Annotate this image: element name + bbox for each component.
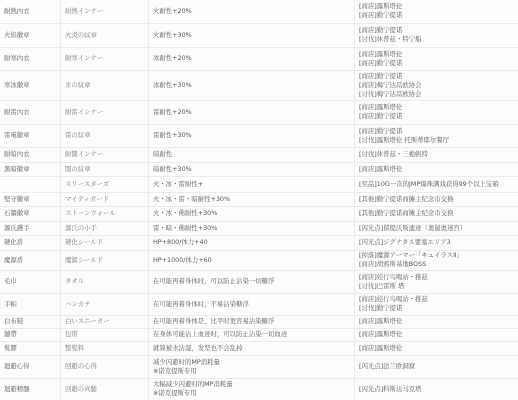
- item-jp-name-cell-text: 耐寒インナー: [65, 54, 103, 62]
- item-source-cell: [闪光点]留提沃斯遗迹（奥鼠奥迷宫）: [355, 221, 518, 235]
- item-effect-cell-line: 在可能再着身体是，比平时更容易沾染糖浮: [153, 317, 354, 326]
- item-effect-cell-line: HP+800/体力+40: [153, 238, 354, 247]
- item-jp-name-cell-text: 回避の心得: [65, 362, 97, 370]
- item-source-cell: [商店]露斯塔伦: [355, 328, 518, 341]
- item-effect-cell: 暗耐性+30%: [149, 162, 355, 176]
- item-source-cell-line: [讨伐]勤宁提诺: [359, 304, 518, 313]
- item-effect-cell: HP+800/体力+40: [149, 235, 355, 250]
- item-effect-cell: 火・冰・佛耐性+30%: [149, 206, 355, 221]
- item-effect-cell-line: 冰耐性+20%: [153, 54, 354, 63]
- item-effect-cell: 火・冰・雷耐性+: [149, 176, 355, 192]
- item-source-cell: [商店]露斯塔伦: [355, 341, 518, 355]
- item-jp-name-cell: 雷の紋章: [61, 124, 149, 147]
- item-name-cell-text: 硬化盾: [4, 238, 23, 246]
- item-effect-cell: 火耐性+30%: [149, 23, 355, 47]
- item-jp-name-cell-text: ハンカチ: [65, 300, 91, 308]
- item-jp-name-cell: タオル: [61, 270, 149, 293]
- item-jp-name-cell-text: 氷の紋章: [65, 81, 91, 89]
- item-effect-cell-line: 雷耐性+30%: [153, 131, 354, 140]
- item-jp-name-cell-text: スリースターズ: [65, 180, 109, 188]
- table-row: 毛巾タオル在可能再着身体时，可以防止沾染一切糖浮[商店]娃行鸟喝站・推兹[讨伐]…: [0, 270, 518, 293]
- item-source-cell-line: [讨伐]休普兹・三桅帆特: [359, 150, 518, 159]
- item-name-cell: 白布鞋: [0, 315, 61, 328]
- item-name-cell-text: 石牆徽章: [4, 209, 30, 217]
- item-effect-cell-line: 就算被水沾湿，发型也不会乱掉: [153, 344, 354, 353]
- item-source-cell-line: [闪光点]法兰欧洞窟: [359, 362, 518, 371]
- item-jp-name-cell: マイティガード: [61, 192, 149, 206]
- item-jp-name-cell-text: タオル: [65, 277, 84, 285]
- item-source-cell: [奖品]10G一次的JMP爆珠满戏获得99个以上宝箱: [355, 176, 518, 192]
- table-row: 耐寒內衣耐寒インナー冰耐性+20%[商店]露斯塔伦[商店]勤宁提诺: [0, 47, 518, 70]
- item-source-cell-line: [商店]露斯塔伦: [359, 344, 518, 353]
- item-source-cell-line: [商店]勤宁提诺: [359, 72, 518, 81]
- item-source-cell: [讨伐]休普兹・三桅帆特: [355, 147, 518, 162]
- item-source-cell-line: [闪光点]ジグナタス要塞エリア3: [359, 238, 518, 247]
- item-name-cell: 迴避心得: [0, 355, 61, 378]
- table-row: 黑暗徽章闇の紋章暗耐性+30%[商店]露斯塔伦: [0, 162, 518, 176]
- item-name-cell-text: 迴避精髓: [4, 385, 30, 393]
- item-name-cell: 耐暗內衣: [0, 147, 61, 162]
- item-source-cell-line: [商店]露斯塔伦: [359, 165, 518, 174]
- item-source-cell: [商店]勤宁提诺[商店]梅宁达鬲欧协会[讨伐]梅宁达鬲欧协会: [355, 70, 518, 100]
- item-effect-cell-line: 减少闪避时的MP消耗量: [153, 358, 354, 367]
- item-name-cell-text: 迴避心得: [4, 362, 30, 370]
- table-row: 迴避心得回避の心得减少闪避时的MP消耗量※诺克提斯专用[闪光点]法兰欧洞窟: [0, 355, 518, 378]
- item-source-cell-line: [商店]勤宁提诺: [359, 11, 518, 20]
- item-effect-cell: 就算被水沾湿，发型也不会乱掉: [149, 341, 355, 355]
- table-row: 石牆徽章ストーンウォール火・冰・佛耐性+30%[其他]勤宁提诺商摊主纪念币交换: [0, 206, 518, 221]
- item-name-cell: 硬化盾: [0, 235, 61, 250]
- item-source-cell-line: [其他]勤宁提诺商摊主纪念币交换: [359, 209, 518, 218]
- item-source-cell: [商店]娃行鸟喝站・推兹[讨伐]勤宁提诺: [355, 293, 518, 315]
- table-row: 硬化盾硬化シールドHP+800/体力+40[闪光点]ジグナタス要塞エリア3: [0, 235, 518, 250]
- item-name-cell-text: 魔源盾: [4, 256, 23, 264]
- item-effect-cell: 火耐性+20%: [149, 0, 355, 23]
- item-jp-name-cell-text: 回避の真髄: [65, 385, 97, 393]
- item-effect-cell: 雷耐性+30%: [149, 124, 355, 147]
- item-source-cell-line: [讨伐]梅宁达鬲欧协会: [359, 90, 518, 99]
- item-jp-name-cell: 源氏の小手: [61, 221, 149, 235]
- item-name-cell: 黑暗徽章: [0, 162, 61, 176]
- item-jp-name-cell: 耐雷インナー: [61, 100, 149, 124]
- item-effect-cell-line: ※诺克提斯专用: [153, 389, 354, 398]
- item-effect-cell: 冰耐性+20%: [149, 47, 355, 70]
- item-source-cell: [商店]露斯塔伦[商店]勤宁提诺: [355, 47, 518, 70]
- item-source-cell-line: [商店]胡鸦斯基地BOSS: [359, 260, 518, 269]
- item-name-cell: 耐雷內衣: [0, 100, 61, 124]
- item-jp-name-cell: 氷の紋章: [61, 70, 149, 100]
- item-effect-cell: 减少闪避时的MP消耗量※诺克提斯专用: [149, 355, 355, 378]
- item-jp-name-cell: 闇の紋章: [61, 162, 149, 176]
- item-source-cell: [其他]勤宁提诺商摊主纪念币交换: [355, 192, 518, 206]
- item-jp-name-cell-text: ストーンウォール: [65, 209, 116, 217]
- table-row: 耐暗內衣耐闇インナー暗耐性[讨伐]休普兹・三桅帆特: [0, 147, 518, 162]
- item-source-cell: [其他]勤宁提诺商摊主纪念币交换: [355, 206, 518, 221]
- item-source-cell-line: [商店]露斯塔伦: [359, 330, 518, 339]
- item-name-cell: 火焰徽章: [0, 23, 61, 47]
- item-source-cell-line: [闪光点]留提沃斯遗迹（奥鼠奥迷宫）: [359, 224, 518, 233]
- table-row: 迴避精髓回避の真髄大幅减少闪避时的MP消耗量※诺克提斯专用[闪光点]科斯达马克塔: [0, 378, 518, 400]
- item-name-cell: 髮膠: [0, 341, 61, 355]
- item-effect-cell: 火・冰・雷・暗耐性+30%: [149, 192, 355, 206]
- item-jp-name-cell: 整髪料: [61, 341, 149, 355]
- item-effect-cell: 在身体可能沾上血迹时，可以防止沾染一切血迹: [149, 328, 355, 341]
- item-source-cell: [商店]露斯塔伦: [355, 162, 518, 176]
- item-name-cell-text: 耐寒內衣: [4, 54, 30, 62]
- item-effect-cell: 在可能再着身体是，比平时更容易沾染糖浮: [149, 315, 355, 328]
- item-source-cell-line: [其他]勤宁提诺商摊主纪念币交换: [359, 195, 518, 204]
- item-jp-name-cell-text: 耐熱インナー: [65, 7, 103, 15]
- item-jp-name-cell-text: 闇の紋章: [65, 165, 91, 173]
- item-jp-name-cell-text: 包帯: [65, 330, 78, 338]
- item-source-cell-line: [商店]勤宁提诺: [359, 26, 518, 35]
- item-jp-name-cell: ストーンウォール: [61, 206, 149, 221]
- item-name-cell-text: 寒冰徽章: [4, 81, 30, 89]
- table-row: 魔源盾魔源シールドHP+1000/体力+60[掉落]魔源アーマー「キュイラスⅡ」…: [0, 250, 518, 270]
- table-row: 雷電徽章雷の紋章雷耐性+30%[商店]勤宁提诺[讨伐]露斯塔伦 托斯蒂耶尔餐厅: [0, 124, 518, 147]
- item-jp-name-cell: 硬化シールド: [61, 235, 149, 250]
- item-jp-name-cell: ハンカチ: [61, 293, 149, 315]
- item-jp-name-cell-text: 耐雷インナー: [65, 108, 103, 116]
- item-effect-cell-line: 雷・暗・佛耐性+30%: [153, 224, 354, 233]
- table-row: 源氏護手源氏の小手雷・暗・佛耐性+30%[闪光点]留提沃斯遗迹（奥鼠奥迷宫）: [0, 221, 518, 235]
- item-source-cell-line: [讨伐]休普兹・特宁船: [359, 35, 518, 44]
- table-row: 手帕ハンカチ在可能再着身体时，不易沾染糖浮[商店]娃行鸟喝站・推兹[讨伐]勤宁提…: [0, 293, 518, 315]
- item-source-cell-line: [商店]勤宁提诺: [359, 59, 518, 68]
- item-name-cell-text: 耐熱內衣: [4, 7, 30, 15]
- item-jp-name-cell: 耐寒インナー: [61, 47, 149, 70]
- item-name-cell-text: 毛巾: [4, 277, 17, 285]
- item-source-cell: [闪光点]ジグナタス要塞エリア3: [355, 235, 518, 250]
- item-effect-cell-line: ※诺克提斯专用: [153, 367, 354, 376]
- item-jp-name-cell: 回避の心得: [61, 355, 149, 378]
- item-name-cell: 毛巾: [0, 270, 61, 293]
- item-effect-cell-line: 在可能再着身体时，不易沾染糖浮: [153, 300, 354, 309]
- item-source-cell-line: [闪光点]科斯达马克塔: [359, 385, 518, 394]
- item-effect-cell: 在可能再着身体时，可以防止沾染一切糖浮: [149, 270, 355, 293]
- item-jp-name-cell: 耐熱インナー: [61, 0, 149, 23]
- item-name-cell: 迴避精髓: [0, 378, 61, 400]
- item-name-cell: 雷電徽章: [0, 124, 61, 147]
- equipment-table: 耐熱內衣耐熱インナー火耐性+20%[商店]露斯塔伦[商店]勤宁提诺火焰徽章火炎の…: [0, 0, 518, 400]
- item-source-cell-line: [商店]勤宁提诺: [359, 112, 518, 121]
- item-effect-cell: 在可能再着身体时，不易沾染糖浮: [149, 293, 355, 315]
- item-source-cell-line: [掉落]魔源アーマー「キュイラスⅡ」: [359, 251, 518, 260]
- item-source-cell-line: [讨伐]巴雷斯 塔: [359, 282, 518, 291]
- item-source-cell-line: [商店]露斯塔伦: [359, 2, 518, 11]
- item-effect-cell: 大幅减少闪避时的MP消耗量※诺克提斯专用: [149, 378, 355, 400]
- item-effect-cell-line: 暗耐性+30%: [153, 165, 354, 174]
- item-effect-cell: 暗耐性: [149, 147, 355, 162]
- item-source-cell: [商店]露斯塔伦: [355, 315, 518, 328]
- item-jp-name-cell: スリースターズ: [61, 176, 149, 192]
- item-source-cell: [掉落]魔源アーマー「キュイラスⅡ」[商店]胡鸦斯基地BOSS: [355, 250, 518, 270]
- item-effect-cell: 雷・暗・佛耐性+30%: [149, 221, 355, 235]
- item-name-cell: 耐熱內衣: [0, 0, 61, 23]
- item-name-cell-text: 耐雷內衣: [4, 108, 30, 116]
- item-name-cell: 繃帶: [0, 328, 61, 341]
- item-effect-cell-line: 冰耐性+30%: [153, 81, 354, 90]
- item-source-cell-line: [商店]露斯塔伦: [359, 50, 518, 59]
- item-source-cell-line: [奖品]10G一次的JMP爆珠满戏获得99个以上宝箱: [359, 180, 518, 189]
- item-effect-cell-line: 雷耐性+20%: [153, 108, 354, 117]
- item-effect-cell-line: 火・冰・佛耐性+30%: [153, 209, 354, 218]
- item-source-cell-line: [商店]露斯塔伦: [359, 317, 518, 326]
- item-name-cell-text: 繃帶: [4, 330, 17, 338]
- item-effect-cell-line: 在可能再着身体时，可以防止沾染一切糖浮: [153, 277, 354, 286]
- item-name-cell: [0, 176, 61, 192]
- item-source-cell: [商店]勤宁提诺[讨伐]露斯塔伦 托斯蒂耶尔餐厅: [355, 124, 518, 147]
- item-effect-cell-line: 火・冰・雷耐性+: [153, 180, 354, 189]
- item-jp-name-cell: 回避の真髄: [61, 378, 149, 400]
- item-source-cell: [商店]露斯塔伦[商店]勤宁提诺: [355, 0, 518, 23]
- item-effect-cell-line: 在身体可能沾上血迹时，可以防止沾染一切血迹: [153, 330, 354, 339]
- item-name-cell-text: 雷電徽章: [4, 131, 30, 139]
- item-effect-cell-line: 火耐性+20%: [153, 7, 354, 16]
- item-name-cell-text: 黑暗徽章: [4, 165, 30, 173]
- table-row: 耐熱內衣耐熱インナー火耐性+20%[商店]露斯塔伦[商店]勤宁提诺: [0, 0, 518, 23]
- table-row: 髮膠整髪料就算被水沾湿，发型也不会乱掉[商店]露斯塔伦: [0, 341, 518, 355]
- item-effect-cell-line: 暗耐性: [153, 150, 354, 159]
- table-row: 耐雷內衣耐雷インナー雷耐性+20%[商店]露斯塔伦[商店]勤宁提诺: [0, 100, 518, 124]
- item-source-cell: [闪光点]法兰欧洞窟: [355, 355, 518, 378]
- item-jp-name-cell-text: 整髪料: [65, 344, 84, 352]
- item-jp-name-cell-text: 硬化シールド: [65, 238, 103, 246]
- item-jp-name-cell: 包帯: [61, 328, 149, 341]
- item-name-cell-text: 源氏護手: [4, 224, 30, 232]
- item-name-cell-text: 耐暗內衣: [4, 150, 30, 158]
- item-jp-name-cell-text: マイティガード: [65, 195, 109, 203]
- item-effect-cell-line: 火・冰・雷・暗耐性+30%: [153, 195, 354, 204]
- item-name-cell: 魔源盾: [0, 250, 61, 270]
- item-jp-name-cell: 火炎の紋章: [61, 23, 149, 47]
- item-effect-cell-line: 大幅减少闪避时的MP消耗量: [153, 380, 354, 389]
- item-name-cell: 石牆徽章: [0, 206, 61, 221]
- item-source-cell-line: [商店]娃行鸟喝站・推兹: [359, 295, 518, 304]
- item-jp-name-cell-text: 魔源シールド: [65, 256, 103, 264]
- item-jp-name-cell: 魔源シールド: [61, 250, 149, 270]
- item-name-cell: 耐寒內衣: [0, 47, 61, 70]
- item-jp-name-cell: 白いスニーカー: [61, 315, 149, 328]
- item-source-cell-line: [商店]娃行鸟喝站・推兹: [359, 273, 518, 282]
- item-jp-name-cell-text: 雷の紋章: [65, 131, 91, 139]
- item-effect-cell: 冰耐性+30%: [149, 70, 355, 100]
- item-source-cell-line: [商店]勤宁提诺: [359, 127, 518, 136]
- item-effect-cell-line: HP+1000/体力+60: [153, 256, 354, 265]
- item-effect-cell-line: 火耐性+30%: [153, 31, 354, 40]
- table-row: 火焰徽章火炎の紋章火耐性+30%[商店]勤宁提诺[讨伐]休普兹・特宁船: [0, 23, 518, 47]
- item-name-cell-text: 髮膠: [4, 344, 17, 352]
- item-effect-cell: 雷耐性+20%: [149, 100, 355, 124]
- item-jp-name-cell: 耐闇インナー: [61, 147, 149, 162]
- item-jp-name-cell-text: 耐闇インナー: [65, 150, 103, 158]
- table-row: 繃帶包帯在身体可能沾上血迹时，可以防止沾染一切血迹[商店]露斯塔伦: [0, 328, 518, 341]
- item-source-cell: [闪光点]科斯达马克塔: [355, 378, 518, 400]
- table-row: スリースターズ火・冰・雷耐性+[奖品]10G一次的JMP爆珠满戏获得99个以上宝…: [0, 176, 518, 192]
- item-name-cell: 源氏護手: [0, 221, 61, 235]
- item-source-cell: [商店]露斯塔伦[商店]勤宁提诺: [355, 100, 518, 124]
- item-source-cell-line: [商店]露斯塔伦: [359, 103, 518, 112]
- item-source-cell-line: [讨伐]露斯塔伦 托斯蒂耶尔餐厅: [359, 136, 518, 145]
- table-row: 堅守徽章マイティガード火・冰・雷・暗耐性+30%[其他]勤宁提诺商摊主纪念币交换: [0, 192, 518, 206]
- item-jp-name-cell-text: 源氏の小手: [65, 224, 97, 232]
- item-effect-cell: HP+1000/体力+60: [149, 250, 355, 270]
- table-row: 寒冰徽章氷の紋章冰耐性+30%[商店]勤宁提诺[商店]梅宁达鬲欧协会[讨伐]梅宁…: [0, 70, 518, 100]
- item-jp-name-cell-text: 白いスニーカー: [65, 317, 110, 325]
- item-source-cell: [商店]勤宁提诺[讨伐]休普兹・特宁船: [355, 23, 518, 47]
- item-jp-name-cell-text: 火炎の紋章: [65, 31, 97, 39]
- item-source-cell: [商店]娃行鸟喝站・推兹[讨伐]巴雷斯 塔: [355, 270, 518, 293]
- item-name-cell-text: 火焰徽章: [4, 31, 30, 39]
- item-name-cell: 堅守徽章: [0, 192, 61, 206]
- item-name-cell-text: 堅守徽章: [4, 195, 30, 203]
- item-name-cell-text: 白布鞋: [4, 317, 23, 325]
- item-name-cell-text: 手帕: [4, 300, 17, 308]
- item-source-cell-line: [商店]梅宁达鬲欧协会: [359, 81, 518, 90]
- item-name-cell: 寒冰徽章: [0, 70, 61, 100]
- item-name-cell: 手帕: [0, 293, 61, 315]
- table-row: 白布鞋白いスニーカー在可能再着身体是，比平时更容易沾染糖浮[商店]露斯塔伦: [0, 315, 518, 328]
